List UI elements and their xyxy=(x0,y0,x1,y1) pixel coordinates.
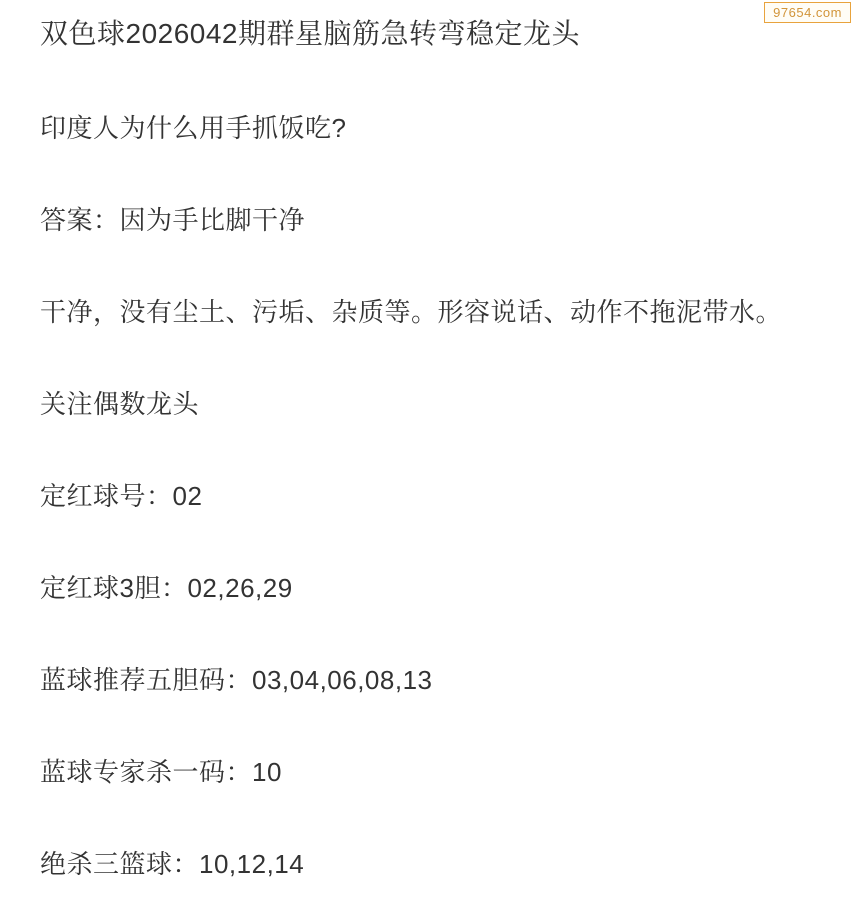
site-watermark-badge: 97654.com xyxy=(764,2,851,23)
riddle-question: 印度人为什么用手抓饭吃? xyxy=(40,110,814,146)
red-ball-3dan: 定红球3胆：02,26,29 xyxy=(40,570,814,606)
focus-note: 关注偶数龙头 xyxy=(40,386,814,422)
article-title: 双色球2026042期群星脑筋急转弯稳定龙头 xyxy=(40,14,814,54)
kill-three-blue: 绝杀三篮球：10,12,14 xyxy=(40,846,814,882)
riddle-answer: 答案：因为手比脚干净 xyxy=(40,202,814,238)
article-body: 双色球2026042期群星脑筋急转弯稳定龙头 印度人为什么用手抓饭吃? 答案：因… xyxy=(0,0,854,882)
red-ball-number: 定红球号：02 xyxy=(40,478,814,514)
blue-ball-5dan: 蓝球推荐五胆码：03,04,06,08,13 xyxy=(40,662,814,698)
blue-ball-kill-one: 蓝球专家杀一码：10 xyxy=(40,754,814,790)
riddle-explanation: 干净，没有尘土、污垢、杂质等。形容说话、动作不拖泥带水。 xyxy=(40,294,814,330)
